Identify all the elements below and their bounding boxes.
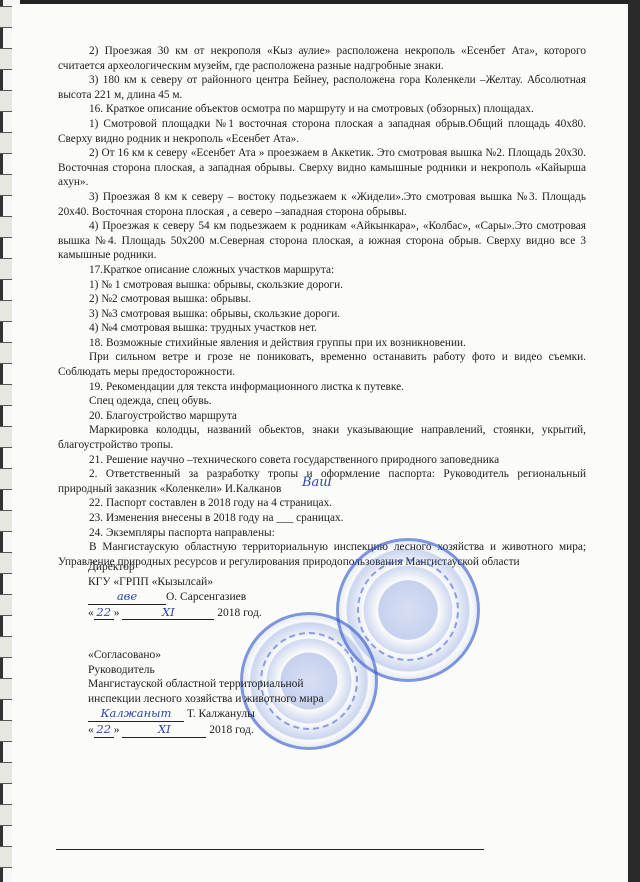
approval-sign-line: Калжаныт Т. Калжанулы	[88, 706, 324, 722]
paragraph: 2) От 16 км к северу «Есенбет Ата » прое…	[58, 146, 586, 190]
date-quote-close: »	[114, 724, 120, 736]
approval-date-day: 22	[94, 722, 114, 738]
approval-heading: «Согласовано»	[88, 648, 324, 663]
paragraph: 22. Паспорт составлен в 2018 году на 4 с…	[58, 496, 586, 511]
date-quote-close: »	[114, 607, 120, 619]
approval-title: Руководитель	[88, 663, 324, 678]
paragraph: 19. Рекомендации для текста информационн…	[58, 380, 586, 395]
approval-signature-block: «Согласовано» Руководитель Мангистауской…	[88, 648, 324, 738]
director-title: Директор	[88, 560, 262, 575]
director-date-day: 22	[94, 605, 114, 621]
scan-right-edge	[628, 0, 640, 882]
paragraph: 2) Проезжая 30 км от некрополя «Кыз аули…	[58, 44, 586, 73]
director-date-month: XI	[122, 605, 214, 621]
paragraph: 2) №2 смотровая вышка: обрывы.	[58, 292, 586, 307]
paragraph: 24. Экземпляры паспорта направлены:	[58, 526, 586, 541]
approval-org-line2: инспекции лесного хозяйства и животного …	[88, 692, 324, 707]
paragraph: 4) №4 смотровая вышка: трудных участков …	[58, 321, 586, 336]
paragraph: 23. Изменения внесены в 2018 году на ___…	[58, 511, 586, 526]
paragraph: 1) № 1 смотровая вышка: обрывы, скользки…	[58, 278, 586, 293]
director-signature-block: Директор КГУ «ГРПП «Кызылсай» aвeО. Сарс…	[88, 560, 262, 620]
approval-scribble: Калжаныт	[88, 706, 184, 722]
footer-rule	[56, 849, 484, 850]
paragraph: 16. Краткое описание объектов осмотра по…	[58, 102, 586, 117]
director-date-year: 2018 год.	[217, 607, 261, 619]
paragraph: 3) 180 км к северу от районного центра Б…	[58, 73, 586, 102]
director-date: «22» XI 2018 год.	[88, 605, 262, 621]
paragraph: 17.Краткое описание сложных участков мар…	[58, 263, 586, 278]
paragraph: При сильном ветре и грозе не пониковать,…	[58, 350, 586, 379]
approval-date-month: XI	[122, 722, 206, 738]
kalkanov-signature: Ваш	[302, 475, 332, 490]
approval-date-year: 2018 год.	[209, 724, 253, 736]
approval-date: «22» XI 2018 год.	[88, 722, 324, 738]
paragraph: Спец одежда, спец обувь.	[58, 394, 586, 409]
document-body: 2) Проезжая 30 км от некрополя «Кыз аули…	[58, 44, 586, 569]
paragraph: 4) Проезжая к северу 54 км подьезжаем к …	[58, 219, 586, 263]
approval-org-line1: Мангистауской областной территориальной	[88, 677, 324, 692]
paragraph: 1) Смотровой площадки №1 восточная сторо…	[58, 117, 586, 146]
paragraph: 21. Решение научно –технического совета …	[58, 453, 586, 468]
paragraph: 3) №3 смотровая вышка: обрывы, скользкие…	[58, 307, 586, 322]
director-sign-line: aвeО. Сарсенгазиев	[88, 589, 262, 605]
paragraph: 20. Благоустройство маршрута	[58, 409, 586, 424]
approval-name: Т. Калжанулы	[187, 708, 255, 720]
director-scribble: aвe	[88, 589, 166, 605]
director-name: О. Сарсенгазиев	[166, 591, 246, 603]
director-org: КГУ «ГРПП «Кызылсай»	[88, 575, 262, 590]
paragraph: 3) Проезжая 8 км к северу – востоку подь…	[58, 190, 586, 219]
paragraph: 18. Возможные стихийные явления и действ…	[58, 336, 586, 351]
paragraph: Маркировка колодцы, названий обьектов, з…	[58, 423, 586, 452]
